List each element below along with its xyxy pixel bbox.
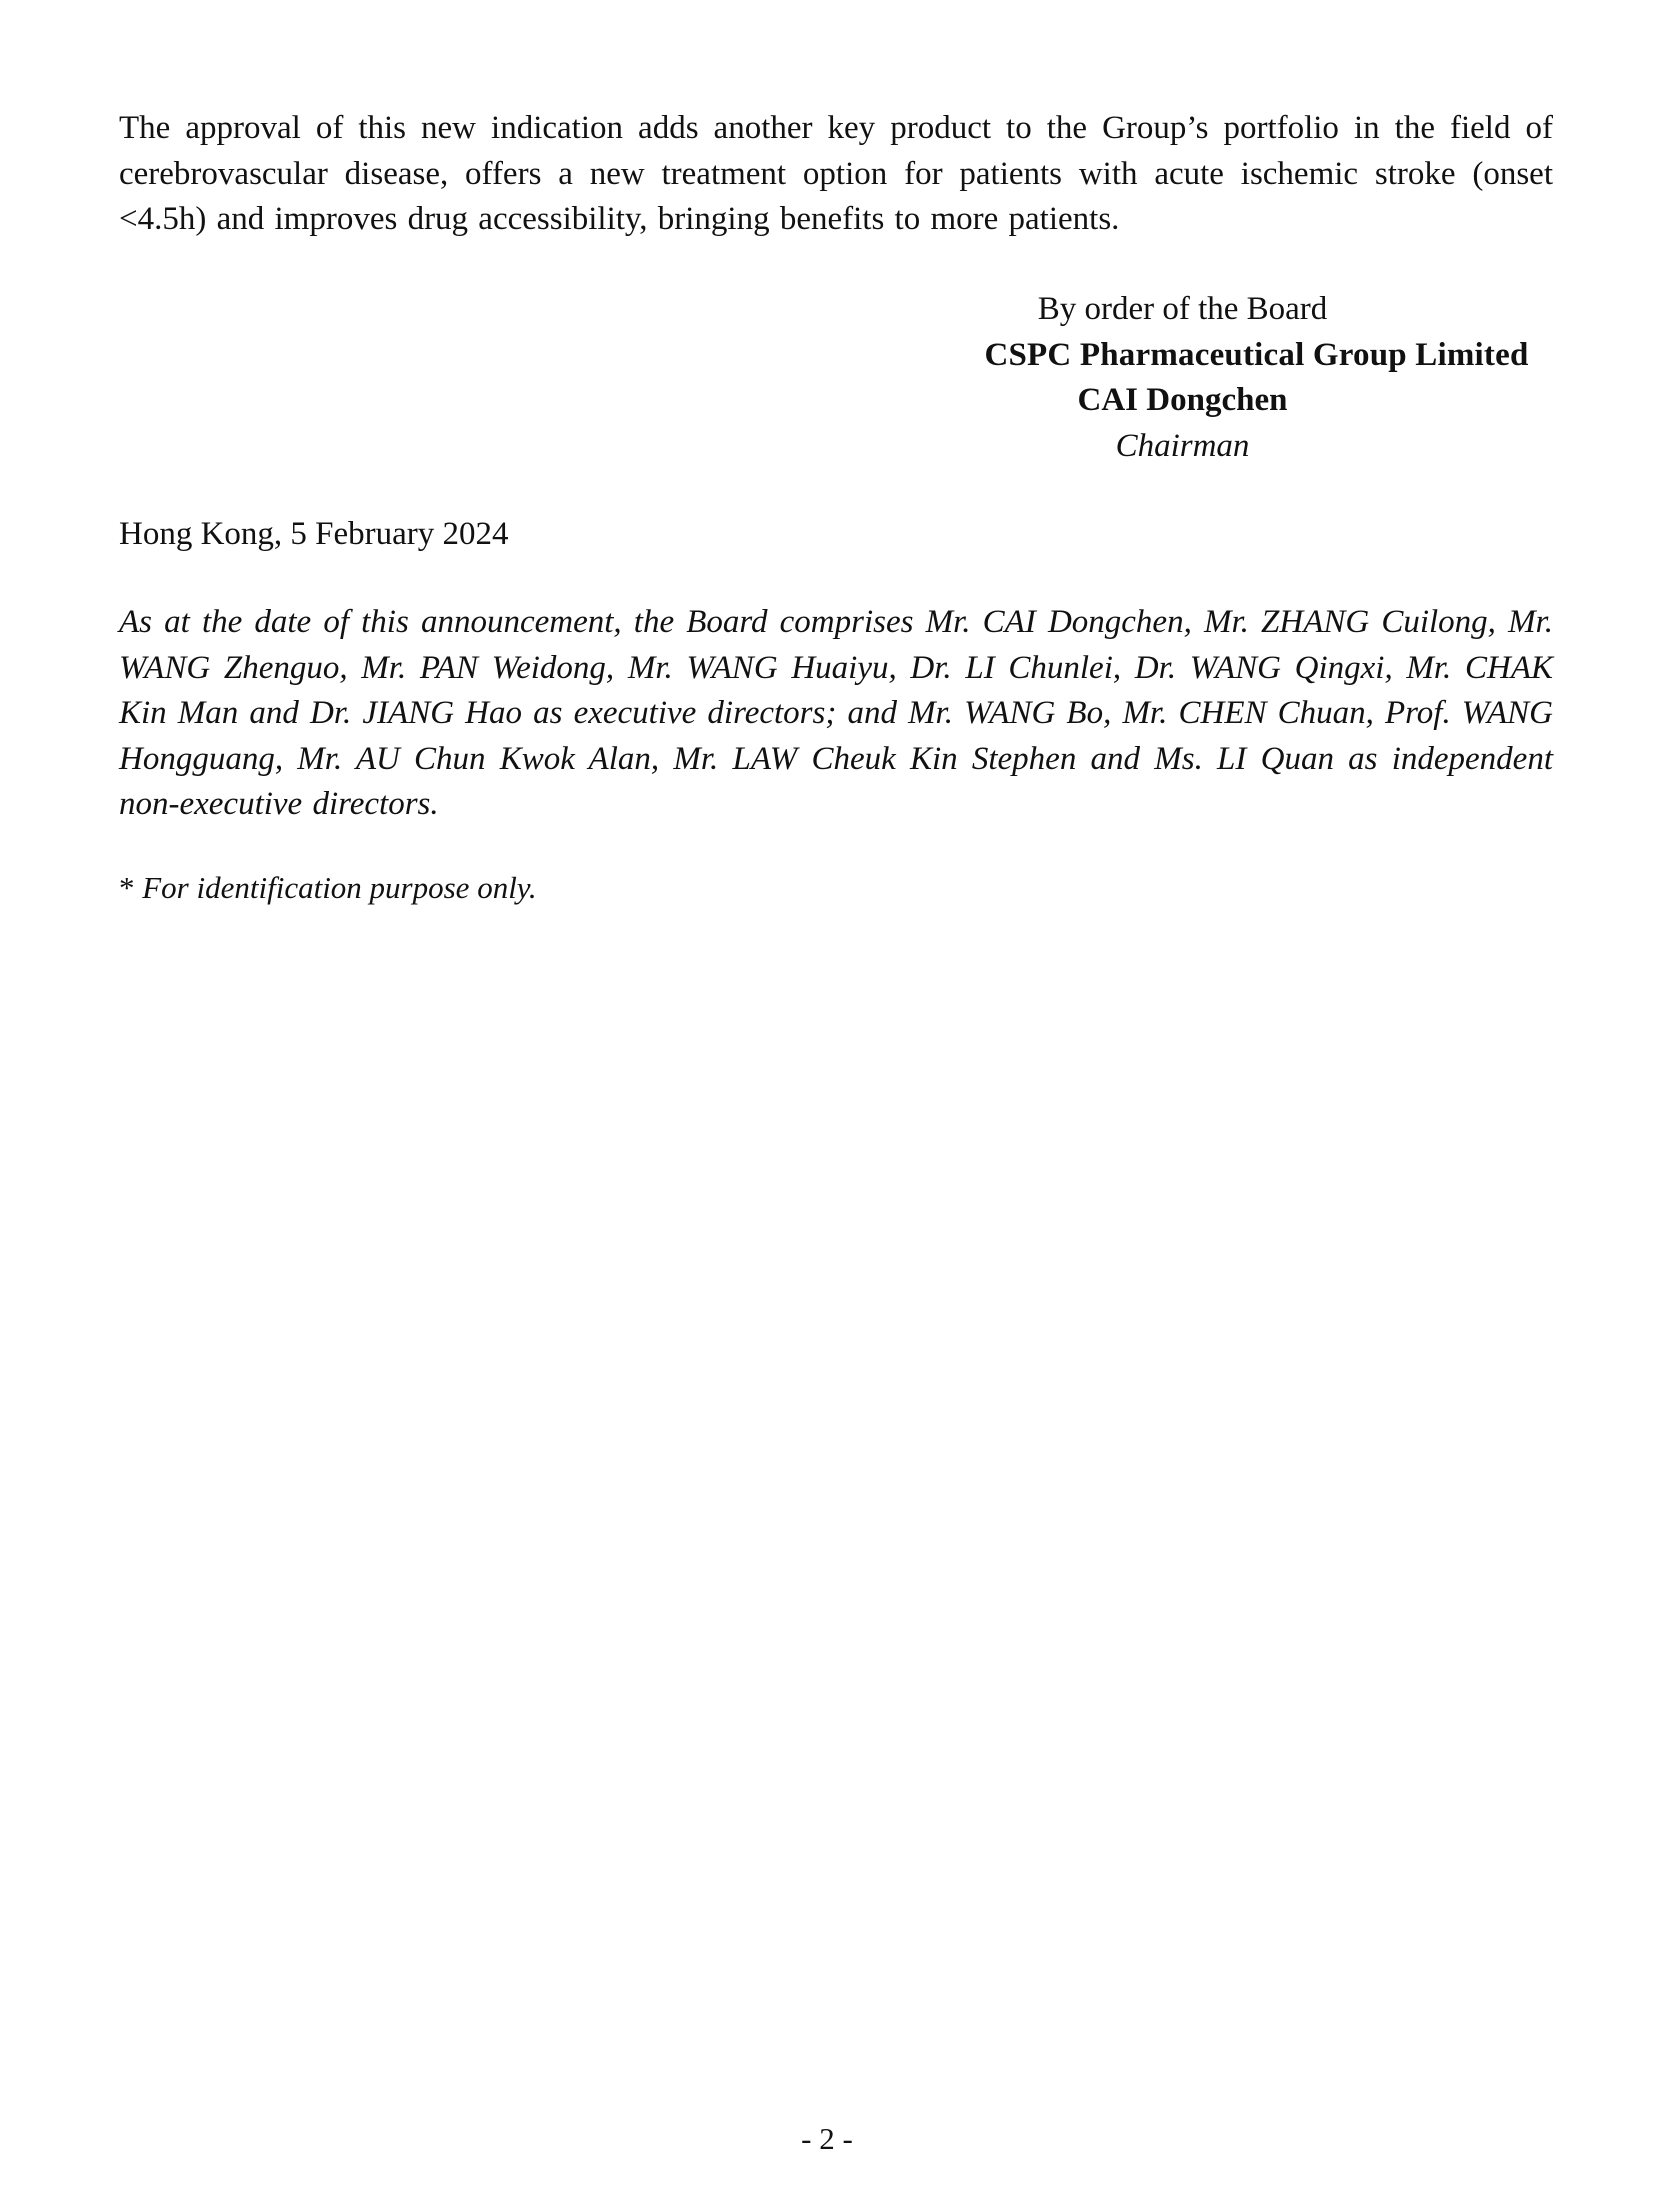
board-composition-paragraph: As at the date of this announcement, the… <box>119 600 1553 828</box>
by-order-line: By order of the Board <box>812 287 1553 333</box>
place-and-date: Hong Kong, 5 February 2024 <box>119 512 509 558</box>
company-name: CSPC Pharmaceutical Group Limited <box>960 333 1553 379</box>
page-number: - 2 - <box>0 2119 1654 2159</box>
footnote: * For identification purpose only. <box>119 868 537 908</box>
footnote-marker: * <box>119 870 142 905</box>
signatory-name: CAI Dongchen <box>812 378 1553 424</box>
signature-block: By order of the Board CSPC Pharmaceutica… <box>960 287 1553 469</box>
intro-paragraph: The approval of this new indication adds… <box>119 106 1553 243</box>
signatory-title: Chairman <box>812 424 1553 470</box>
document-page: The approval of this new indication adds… <box>0 0 1654 2205</box>
footnote-text: For identification purpose only. <box>142 870 536 905</box>
